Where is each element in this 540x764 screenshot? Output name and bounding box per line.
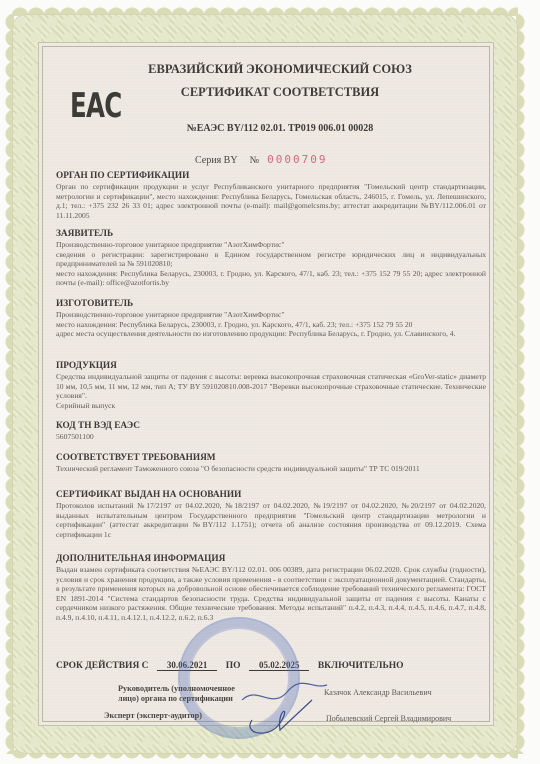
section-body: Выдан взамен сертификата соответствия №Е… bbox=[56, 565, 486, 623]
section-product: ПРОДУКЦИЯ Средства индивидуальной защиты… bbox=[56, 361, 486, 410]
section-body: Протоколов испытаний №17/2197 от 04.02.2… bbox=[56, 501, 486, 539]
head-name: Казачок Александр Васильевич bbox=[324, 688, 432, 697]
section-title: СООТВЕТСТВУЕТ ТРЕБОВАНИЯМ bbox=[56, 453, 486, 464]
section-title: ИЗГОТОВИТЕЛЬ bbox=[56, 299, 486, 310]
expert-signature-label: Эксперт (эксперт-аудитор) bbox=[104, 711, 202, 721]
section-body: 5607501100 bbox=[56, 432, 486, 442]
section-title: ДОПОЛНИТЕЛЬНАЯ ИНФОРМАЦИЯ bbox=[56, 554, 486, 565]
section-title: СЕРТИФИКАТ ВЫДАН НА ОСНОВАНИИ bbox=[56, 490, 486, 501]
number-sign: № bbox=[250, 155, 260, 166]
series-line: Серия BY№0000709 bbox=[195, 153, 327, 166]
eac-logo-icon: EAC bbox=[70, 86, 121, 126]
head-label-line1: Руководитель (уполномоченное bbox=[118, 684, 235, 694]
head-signature-label: Руководитель (уполномоченное лицо) орган… bbox=[118, 684, 235, 704]
section-body: Орган по сертификации продукции и услуг … bbox=[56, 182, 486, 220]
section-title: КОД ТН ВЭД ЕАЭС bbox=[56, 421, 486, 432]
section-basis: СЕРТИФИКАТ ВЫДАН НА ОСНОВАНИИ Протоколов… bbox=[56, 490, 486, 539]
head-label-line2: лицо) органа по сертификации bbox=[118, 694, 235, 704]
section-applicant: ЗАЯВИТЕЛЬ Производственно-торговое унита… bbox=[56, 229, 486, 288]
certificate-number: №ЕАЭС BY/112 02.01. ТР019 006.01 00028 bbox=[130, 123, 430, 134]
section-title: ОРГАН ПО СЕРТИФИКАЦИИ bbox=[56, 171, 486, 182]
section-additional-info: ДОПОЛНИТЕЛЬНАЯ ИНФОРМАЦИЯ Выдан взамен с… bbox=[56, 554, 486, 623]
expert-name: Побылевский Сергей Владимирович bbox=[326, 714, 451, 723]
certificate-title: СЕРТИФИКАТ СООТВЕТСТВИЯ bbox=[130, 85, 430, 100]
section-body: Средства индивидуальной защиты от падени… bbox=[56, 372, 486, 410]
section-title: ПРОДУКЦИЯ bbox=[56, 361, 486, 372]
section-manufacturer: ИЗГОТОВИТЕЛЬ Производственно-торговое ун… bbox=[56, 299, 486, 339]
section-body: Производственно-торговое унитарное предп… bbox=[56, 310, 486, 339]
section-body: Производственно-торговое унитарное предп… bbox=[56, 240, 486, 288]
section-body: Технический регламент Таможенного союза … bbox=[56, 464, 486, 474]
validity-suffix: ВКЛЮЧИТЕЛЬНО bbox=[318, 661, 404, 671]
section-hs-code: КОД ТН ВЭД ЕАЭС 5607501100 bbox=[56, 421, 486, 442]
section-title: ЗАЯВИТЕЛЬ bbox=[56, 229, 486, 240]
union-title: ЕВРАЗИЙСКИЙ ЭКОНОМИЧЕСКИЙ СОЮЗ bbox=[130, 62, 430, 77]
validity-from-label: СРОК ДЕЙСТВИЯ С bbox=[56, 661, 149, 671]
series-number: 0000709 bbox=[267, 153, 327, 166]
series-label: Серия BY bbox=[195, 155, 238, 166]
section-requirements: СООТВЕТСТВУЕТ ТРЕБОВАНИЯМ Технический ре… bbox=[56, 453, 486, 474]
section-certification-body: ОРГАН ПО СЕРТИФИКАЦИИ Орган по сертифика… bbox=[56, 171, 486, 220]
